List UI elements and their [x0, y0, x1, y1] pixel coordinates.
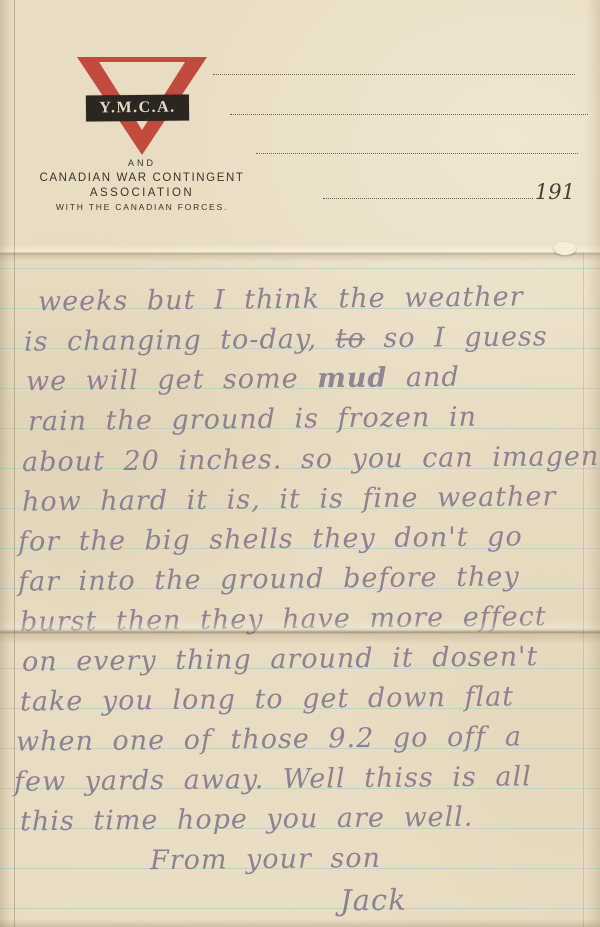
- handwriting-text: about 20 inches. so you can imagen: [22, 441, 600, 478]
- handwriting-line: this time hope you are well.: [20, 804, 474, 836]
- handwriting-line: burst then they have more effect: [20, 603, 547, 636]
- handwriting-line: when one of those 9.2 go off a: [16, 723, 522, 755]
- date-dotted-rule: [323, 176, 533, 199]
- year-prefix: 191: [533, 180, 575, 204]
- ymca-triangle-logo-icon: Y.M.C.A.: [77, 57, 207, 155]
- letter-page: Y.M.C.A. AND CANADIAN WAR CONTINGENT ASS…: [0, 0, 600, 927]
- handwriting-text: far into the ground before they: [18, 561, 520, 597]
- address-line-3: [256, 153, 578, 154]
- date-line: 191: [323, 176, 575, 202]
- handwriting-text: take you long to get down flat: [20, 681, 514, 717]
- handwriting-text: we will get some: [26, 363, 318, 397]
- right-fold-line: [583, 252, 584, 927]
- handwriting-line: take you long to get down flat: [20, 683, 514, 715]
- letterhead-org-line3: WITH THE CANADIAN FORCES.: [18, 202, 266, 212]
- handwriting-line: on every thing around it dosen't: [22, 643, 539, 675]
- letterhead-org-line1: CANADIAN WAR CONTINGENT: [18, 172, 266, 184]
- handwriting-line: far into the ground before they: [18, 563, 520, 595]
- handwriting-line: weeks but I think the weather: [38, 283, 524, 315]
- handwriting-line: we will get some mud and: [26, 364, 460, 396]
- fold-crease-top: [0, 244, 600, 262]
- letterhead-org-line2: ASSOCIATION: [18, 187, 266, 199]
- ymca-logo-bar: Y.M.C.A.: [86, 94, 189, 121]
- handwriting-text: when one of those 9.2 go off a: [16, 721, 522, 757]
- handwriting-text: so I guess: [365, 321, 548, 354]
- letterhead-and: AND: [18, 158, 266, 168]
- handwriting-text: how hard it is, it is fine weather: [22, 481, 557, 518]
- address-line-2: [230, 114, 588, 115]
- signature: Jack: [340, 886, 407, 916]
- ruled-line: [0, 908, 600, 909]
- handwriting-text: weeks but I think the weather: [38, 281, 524, 317]
- handwriting-text: for the big shells they don't go: [18, 521, 523, 557]
- ymca-logo-label: Y.M.C.A.: [99, 99, 175, 118]
- handwriting-line: rain the ground is frozen in: [28, 404, 477, 436]
- handwriting-line: few yards away. Well thiss is all: [14, 763, 532, 795]
- overwritten-word: mud: [317, 362, 387, 394]
- handwriting-text: and: [387, 362, 460, 394]
- address-line-1: [213, 74, 575, 75]
- closing-line: From your son: [150, 845, 381, 874]
- handwriting-line: is changing to-day, to so I guess: [24, 323, 548, 355]
- bottom-paper-edge: [0, 919, 600, 927]
- struck-word: to: [336, 323, 365, 354]
- ruled-line: [0, 268, 600, 269]
- paper-tear: [554, 242, 576, 255]
- handwriting-line: for the big shells they don't go: [18, 523, 523, 555]
- handwriting-line: how hard it is, it is fine weather: [22, 483, 557, 516]
- handwriting-text: on every thing around it dosen't: [22, 641, 539, 677]
- handwriting-line: about 20 inches. so you can imagen: [22, 443, 600, 476]
- handwriting-text: rain the ground is frozen in: [28, 402, 477, 438]
- handwriting-text: this time hope you are well.: [20, 802, 474, 838]
- handwriting-text: few yards away. Well thiss is all: [14, 761, 532, 797]
- handwriting-text: is changing to-day,: [24, 323, 336, 357]
- handwriting-text: burst then they have more effect: [20, 601, 547, 638]
